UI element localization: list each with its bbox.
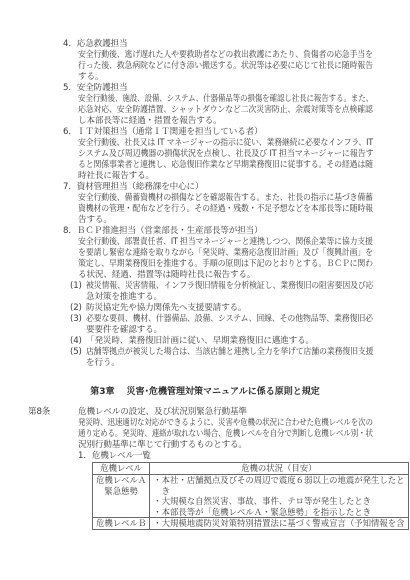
section-heading-8: 8．ＢＣＰ推進担当（営業部長・生産部長等が担当） (63, 226, 263, 237)
section-heading-7: 7．資材管理担当（総務課を中心に） (63, 182, 203, 193)
section-text: 安全行動後、逃げ遅れた人や要救助者などの救出救護にあたり、負傷者の応急手当を (78, 50, 373, 61)
level-cell: 危機レベルＢ (93, 518, 150, 530)
level-name: 危機レベルＢ (96, 518, 146, 529)
section-text: 時社長に報告する。 (78, 171, 154, 182)
table-header-row: 危機レベル 危機の状況（目安） (93, 463, 409, 475)
article-title: 危機レベルの設定、及び状況別緊急行動基準 (78, 407, 247, 418)
chapter-heading: 第3章災害･危機管理対策マニュアルに係る原則と規定 (0, 384, 410, 397)
condition-text: ・大規模地震防災対策特別措置法に基づく警戒宣言（予知情報を含 (153, 518, 404, 529)
conditions-cell: ・本社・店舗拠点及びその周辺で震度６弱以上の地震が発生したと き ・大規模な自然… (150, 475, 408, 518)
level-subtitle: 緊急態勢 (96, 486, 146, 497)
section-text: 安全行動後、部署責任者、IT 担当マネージャーと連携しつつ、関係企業等に協力支援 (78, 237, 373, 248)
sub-item-text: を行う。 (86, 358, 120, 369)
section-heading-6: 6．ＩＴ対策担当（通常ＩＴ関連を担当している者） (63, 127, 263, 138)
section-text: 応急対応、安全防護措置、シャットダウンなど二次災害防止、余震対策等を点検確認 (78, 105, 373, 116)
conditions-cell: ・大規模地震防災対策特別措置法に基づく警戒宣言（予知情報を含 (150, 518, 408, 530)
sub-item-text: 被災情報、災害情報、インフラ復旧情報を分析検証し、業務復旧の阻害要因及び応 (86, 281, 373, 292)
sub-item-text: 「発災時、業務復旧計画に従い、早期業務復旧に邁進する。 (86, 336, 314, 347)
section-text: る状況、経過、措置等は随時社長に報告する。 (78, 270, 255, 281)
section-heading-4: 4．応急救護担当 (63, 39, 127, 50)
sub-item-number: (3) (70, 314, 82, 325)
sub-item-text: 必要な要員、機材、什器備品、設備、システム、回線、その他物品等、業務復旧必 (86, 314, 373, 325)
condition-text: ・本部長等が「危機レベルＡ・緊急態勢」を指示したとき (153, 507, 404, 518)
section-text: を要請し緊密な連絡を取りながら「発災時、業務応急復旧計画」及び「復興計画」を (78, 248, 373, 259)
crisis-level-table: 危機レベル 危機の状況（目安） 危機レベルＡ 緊急態勢 ・本社・店舗拠点及びその… (92, 462, 409, 530)
condition-text: ・大規模な自然災害、事故、事件、テロ等が発生したとき (153, 496, 404, 507)
section-text: 告する。 (78, 215, 112, 226)
level-cell: 危機レベルＡ 緊急態勢 (93, 475, 150, 518)
condition-text: き (153, 486, 404, 497)
sub-item-number: (2) (70, 303, 82, 314)
page-content: 4．応急救護担当 安全行動後、逃げ遅れた人や要救助者などの救出救護にあたり、負傷… (0, 0, 410, 533)
chapter-number: 第3章 (90, 387, 114, 397)
sub-item-number: (1) (70, 281, 82, 292)
article-text: 通り定める。発災時、連絡が取れない場合、危機レベルを自分で判断し危機レベル別・状 (78, 429, 373, 440)
sub-item-text: 店舗等拠点が被災した場合は、当該店舗と連携し全力を挙げて店舗の業務復旧支援 (86, 347, 373, 358)
section-text: する。 (78, 72, 103, 83)
condition-text: ・本社・店舗拠点及びその周辺で震度６弱以上の地震が発生したと (153, 475, 404, 486)
sub-item-number: (4) (70, 336, 82, 347)
chapter-title: 災害･危機管理対策マニュアルに係る原則と規定 (127, 387, 320, 397)
article-text: 発災時、迅速適切な対応ができるように、災害や危機の状況に合わせた危機レベルを次の (78, 418, 373, 429)
list-heading: 1．危機レベル一覧 (78, 451, 151, 462)
document-page: 4．応急救護担当 安全行動後、逃げ遅れた人や要救助者などの救出救護にあたり、負傷… (0, 0, 410, 580)
section-text: し本部長等に経過・措置を報告する。 (78, 116, 222, 127)
table-row: 危機レベルＢ ・大規模地震防災対策特別措置法に基づく警戒宣言（予知情報を含 (93, 518, 409, 530)
section-text: 安全行動後、社長又は IT マネージャーの指示に従い、業務継続に必要なインフラ、… (78, 138, 373, 149)
sub-item-number: (5) (70, 347, 82, 358)
sub-item-text: 要要件を確認する。 (86, 325, 162, 336)
section-text: 行った後、救急病院などに付き添い搬送する。状況等は必要に応じて社長に随時報告 (78, 61, 373, 72)
article-number: 第8条 (28, 407, 50, 418)
article-text: 況別行動基準に準じて行動するものとする。 (78, 440, 247, 451)
section-text: 策定し、早期業務復旧を推進する。手順の原則は下記のとおりとする。ＢＣＰに関わ (78, 259, 373, 270)
table-row: 危機レベルＡ 緊急態勢 ・本社・店舗拠点及びその周辺で震度６弱以上の地震が発生し… (93, 475, 409, 518)
sub-item-text: 急対策を推進する。 (86, 292, 162, 303)
section-text: 安全行動後、備蓄資機材の損傷などを確認報告する。また、社長の指示に基づき備蓄 (78, 193, 373, 204)
column-header-level: 危機レベル (93, 463, 150, 475)
section-text: 資機材の管理・配布などを行う。その経過・残数・不足予想などを本部長等に随時報 (78, 204, 373, 215)
level-name: 危機レベルＡ (96, 475, 146, 486)
section-text: 安全行動後、施設、設備、システム、什器備品等の損傷を確認し社長に報告する。また、 (78, 94, 373, 105)
section-text: システム及び周辺機器の損傷状況を点検し、社長及び IT 担当マネージャーに報告す (78, 149, 374, 160)
column-header-conditions: 危機の状況（目安） (150, 463, 408, 475)
section-text: ると関係事業者と連携し、応急復旧作業など早期業務復旧に従事する。その経過は随 (78, 160, 373, 171)
section-heading-5: 5．安全防護担当 (63, 83, 127, 94)
sub-item-text: 防災協定先や協力関係先へ支援要請する。 (86, 303, 246, 314)
